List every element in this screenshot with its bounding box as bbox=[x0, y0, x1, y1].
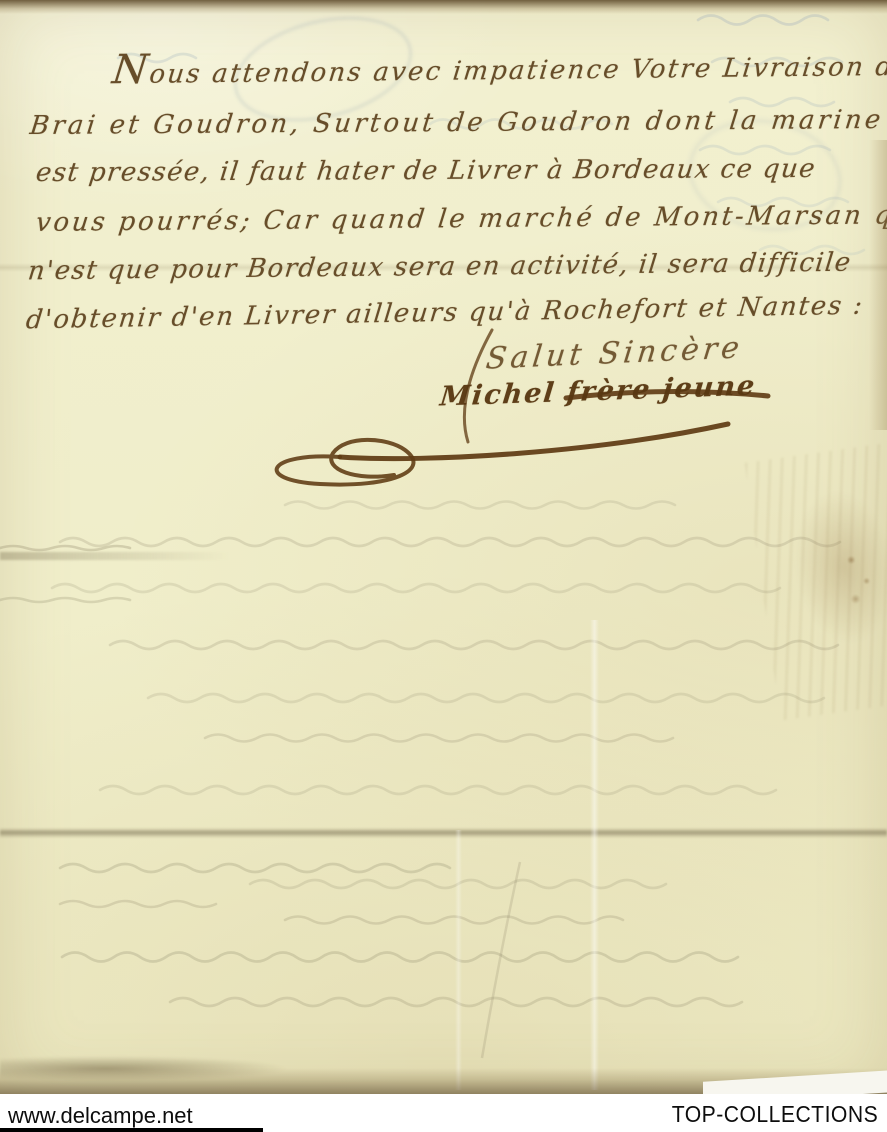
scan-footer-bar: www.delcampe.net TOP-COLLECTIONS bbox=[0, 1094, 887, 1132]
letter-line: Brai et Goudron, Surtout de Goudron dont… bbox=[28, 105, 885, 141]
vertical-fold-crease bbox=[455, 830, 462, 1090]
letter-scan: Nous attendons avec impatience Votre Liv… bbox=[0, 0, 887, 1132]
ghost-stroke bbox=[52, 584, 780, 592]
paper-edge-shadow bbox=[869, 140, 887, 430]
ghost-stroke bbox=[698, 16, 828, 25]
ghost-stroke bbox=[60, 901, 216, 907]
ghost-stroke bbox=[100, 786, 776, 794]
letter-line: est pressée, il faut hater de Livrer à B… bbox=[34, 154, 817, 188]
horizontal-crease bbox=[0, 552, 230, 560]
scan-edge-strip bbox=[0, 1128, 263, 1132]
letter-paper: Nous attendons avec impatience Votre Liv… bbox=[0, 0, 887, 1094]
horizontal-crease bbox=[0, 263, 887, 272]
paper-stain bbox=[838, 548, 882, 608]
ghost-stroke bbox=[0, 546, 130, 550]
watermark-right: TOP-COLLECTIONS bbox=[671, 1101, 887, 1132]
ghost-stroke bbox=[205, 735, 673, 742]
ghost-stroke bbox=[148, 694, 824, 702]
ghost-stroke bbox=[0, 598, 130, 602]
ghost-stroke bbox=[62, 953, 738, 962]
vertical-fold-crease bbox=[590, 620, 599, 1090]
ghost-stroke bbox=[700, 146, 830, 154]
ghost-stroke bbox=[60, 864, 450, 872]
paper-top-edge bbox=[0, 0, 887, 14]
ghost-stroke bbox=[110, 641, 838, 649]
horizontal-fold-crease bbox=[0, 828, 887, 838]
ghost-stroke bbox=[60, 538, 840, 546]
ghost-stroke bbox=[285, 917, 623, 924]
ghost-stroke bbox=[285, 502, 675, 509]
